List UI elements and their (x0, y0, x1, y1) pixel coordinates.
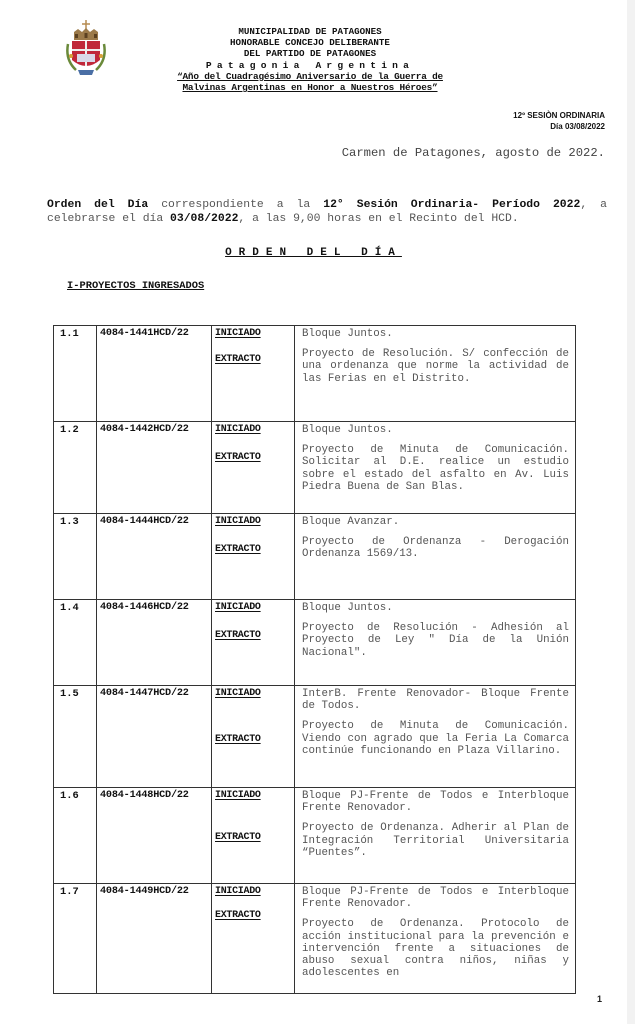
label-cell: INICIADOEXTRACTO (212, 422, 295, 514)
file-number: 4084-1446HCD/22 (97, 600, 212, 686)
label-cell: INICIADOEXTRACTO (212, 788, 295, 884)
letterhead-motto-line2: Malvinas Argentinas en Honor a Nuestros … (150, 82, 470, 93)
label-cell: INICIADOEXTRACTO (212, 686, 295, 788)
table-row: 1.74084-1449HCD/22INICIADOEXTRACTOBloque… (54, 884, 576, 994)
file-number: 4084-1447HCD/22 (97, 686, 212, 788)
iniciado-label: INICIADO (215, 688, 261, 699)
iniciado-text: Bloque PJ-Frente de Todos e Interbloque … (302, 886, 569, 910)
intro-text-3: , a las 9,00 horas en el Recinto del HCD… (238, 213, 518, 225)
item-number: 1.2 (54, 422, 97, 514)
iniciado-label: INICIADO (215, 424, 261, 435)
letterhead-motto-line1: “Año del Cuadragésimo Aniversario de la … (150, 71, 470, 82)
iniciado-label: INICIADO (215, 886, 261, 897)
iniciado-text: Bloque Juntos. (302, 328, 569, 340)
intro-paragraph: Orden del Día correspondiente a la 12° S… (47, 198, 607, 226)
item-number: 1.4 (54, 600, 97, 686)
iniciado-text: Bloque Juntos. (302, 602, 569, 614)
municipal-crest-icon (66, 20, 106, 78)
description-cell: Bloque PJ-Frente de Todos e Interbloque … (295, 788, 576, 884)
document-page: MUNICIPALIDAD DE PATAGONES HONORABLE CON… (0, 0, 627, 1024)
extracto-text: Proyecto de Resolución - Adhesión al Pro… (302, 622, 569, 659)
description-cell: Bloque Juntos.Proyecto de Resolución. S/… (295, 326, 576, 422)
session-info: 12º SESIÒN ORDINARIA Día 03/08/2022 (513, 110, 605, 132)
extracto-label: EXTRACTO (215, 630, 261, 641)
item-number: 1.7 (54, 884, 97, 994)
extracto-label: EXTRACTO (215, 910, 261, 921)
iniciado-text: Bloque Avanzar. (302, 516, 569, 528)
extracto-text: Proyecto de Ordenanza. Adherir al Plan d… (302, 822, 569, 859)
item-number: 1.6 (54, 788, 97, 884)
intro-bold-orden: Orden del Día (47, 199, 148, 211)
item-number: 1.5 (54, 686, 97, 788)
file-number: 4084-1444HCD/22 (97, 514, 212, 600)
letterhead-line-council: HONORABLE CONCEJO DELIBERANTE (150, 37, 470, 48)
table-row: 1.54084-1447HCD/22INICIADOEXTRACTOInterB… (54, 686, 576, 788)
label-cell: INICIADOEXTRACTO (212, 326, 295, 422)
letterhead-line-district: DEL PARTIDO DE PATAGONES (150, 48, 470, 59)
label-cell: INICIADOEXTRACTO (212, 884, 295, 994)
letterhead: MUNICIPALIDAD DE PATAGONES HONORABLE CON… (150, 26, 470, 93)
section-title: I-PROYECTOS INGRESADOS (67, 280, 204, 292)
description-cell: Bloque Juntos.Proyecto de Resolución - A… (295, 600, 576, 686)
iniciado-label: INICIADO (215, 516, 261, 527)
description-cell: InterB. Frente Renovador- Bloque Frente … (295, 686, 576, 788)
description-cell: Bloque Avanzar.Proyecto de Ordenanza - D… (295, 514, 576, 600)
extracto-text: Proyecto de Minuta de Comunicación. Soli… (302, 444, 569, 493)
file-number: 4084-1448HCD/22 (97, 788, 212, 884)
label-cell: INICIADOEXTRACTO (212, 600, 295, 686)
place-date: Carmen de Patagones, agosto de 2022. (342, 146, 605, 160)
file-number: 4084-1441HCD/22 (97, 326, 212, 422)
table-row: 1.24084-1442HCD/22INICIADOEXTRACTOBloque… (54, 422, 576, 514)
iniciado-text: InterB. Frente Renovador- Bloque Frente … (302, 688, 569, 712)
extracto-label: EXTRACTO (215, 832, 261, 843)
letterhead-line-municipality: MUNICIPALIDAD DE PATAGONES (150, 26, 470, 37)
letterhead-line-region: Patagonia Argentina (150, 60, 470, 71)
table-row: 1.44084-1446HCD/22INICIADOEXTRACTOBloque… (54, 600, 576, 686)
extracto-text: Proyecto de Minuta de Comunicación. Vien… (302, 720, 569, 757)
item-number: 1.1 (54, 326, 97, 422)
intro-text-1: correspondiente a la (148, 199, 323, 211)
projects-table: 1.14084-1441HCD/22INICIADOEXTRACTOBloque… (53, 325, 576, 994)
iniciado-text: Bloque Juntos. (302, 424, 569, 436)
table-row: 1.34084-1444HCD/22INICIADOEXTRACTOBloque… (54, 514, 576, 600)
agenda-title: ORDEN DEL DÍA (0, 247, 627, 259)
table-row: 1.64084-1448HCD/22INICIADOEXTRACTOBloque… (54, 788, 576, 884)
label-cell: INICIADOEXTRACTO (212, 514, 295, 600)
iniciado-label: INICIADO (215, 790, 261, 801)
extracto-label: EXTRACTO (215, 734, 261, 745)
extracto-label: EXTRACTO (215, 544, 261, 555)
extracto-label: EXTRACTO (215, 354, 261, 365)
file-number: 4084-1449HCD/22 (97, 884, 212, 994)
intro-bold-date: 03/08/2022 (170, 213, 238, 225)
session-label: 12º SESIÒN ORDINARIA (513, 110, 605, 121)
intro-bold-session: 12° Sesión Ordinaria- Período 2022 (323, 199, 580, 211)
extracto-text: Proyecto de Ordenanza. Protocolo de acci… (302, 918, 569, 979)
extracto-text: Proyecto de Ordenanza - Derogación Orden… (302, 536, 569, 560)
iniciado-text: Bloque PJ-Frente de Todos e Interbloque … (302, 790, 569, 814)
description-cell: Bloque PJ-Frente de Todos e Interbloque … (295, 884, 576, 994)
page-number: 1 (597, 994, 602, 1004)
table-row: 1.14084-1441HCD/22INICIADOEXTRACTOBloque… (54, 326, 576, 422)
extracto-text: Proyecto de Resolución. S/ confección de… (302, 348, 569, 385)
file-number: 4084-1442HCD/22 (97, 422, 212, 514)
iniciado-label: INICIADO (215, 602, 261, 613)
session-date: Día 03/08/2022 (513, 121, 605, 132)
extracto-label: EXTRACTO (215, 452, 261, 463)
item-number: 1.3 (54, 514, 97, 600)
description-cell: Bloque Juntos.Proyecto de Minuta de Comu… (295, 422, 576, 514)
iniciado-label: INICIADO (215, 328, 261, 339)
